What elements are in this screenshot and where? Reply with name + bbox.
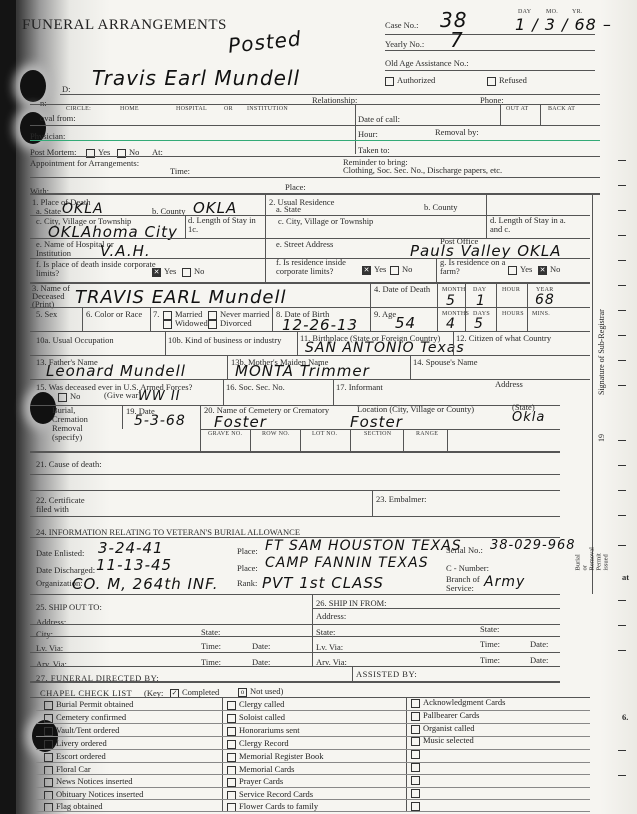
ship-in-address-label: Address: [316,611,346,621]
checklist-label: Flower Cards to family [239,801,318,811]
checkbox-icon [411,725,420,734]
hospital-option[interactable]: HOSPITAL [176,106,207,112]
date-enlisted-value[interactable]: 3-24-41 [98,539,164,557]
age-label: 9. Age [374,309,396,319]
checklist-item-blank[interactable] [411,774,423,785]
father-value[interactable]: Leonard Mundell [46,362,186,380]
business-label: 10b. Kind of business or industry [168,335,281,345]
disposal-label: Burial, Cremation Removal (specify) [52,406,102,442]
checkbox-icon [411,789,420,798]
checklist-item-blank[interactable] [411,800,423,811]
circle-box-icon: o [238,688,247,697]
appointment-label: Appointment for Arrangements: [30,158,139,168]
removal-by-label: Removal by: [435,127,479,137]
ship-in-state2-label: State: [480,624,499,634]
checked-box-icon: ✕ [362,266,371,275]
checklist-item[interactable]: Vault/Tent ordered [44,725,119,736]
dod-hour-label: HOUR [502,287,520,293]
margin-at-label: at [622,572,629,582]
checkbox-icon [411,737,420,746]
war-value[interactable]: WW II [138,389,181,404]
taken-to-label: Taken to: [358,145,390,155]
checkbox-icon [44,714,53,723]
embalmer-label: 23. Embalmer: [376,494,427,504]
date-of-death-label: 4. Date of Death [374,285,434,294]
ship-out-lv-time-label: Time: [201,641,221,651]
residence-corporate-yes-checkbox[interactable]: ✕Yes [362,264,386,275]
old-age-assistance-label: Old Age Assistance No.: [385,58,469,68]
checklist-label: Soloist called [239,712,285,722]
removal-from-label: oval from: [40,113,76,123]
give-war-label: (Give war) [104,390,141,400]
out-at-label: OUT AT [506,106,529,112]
checkbox-icon [487,77,496,86]
checkbox-icon [44,740,53,749]
enlisted-place-value[interactable]: FT SAM HOUSTON TEXAS [265,538,462,554]
reminder-items: Clothing, Soc. Sec. No., Discharge paper… [343,165,502,175]
checkbox-icon [411,699,420,708]
checklist-item[interactable]: Service Record Cards [227,789,313,800]
ship-out-city-label: City: [36,629,53,639]
death-corporate-limits-label: f. Is place of death inside corporate li… [36,260,156,278]
checklist-item[interactable]: Pallbearer Cards [411,710,479,721]
ssn-label: 16. Soc. Sec. No. [226,382,285,392]
serial-no-label: Serial No.: [446,545,483,555]
checklist-item[interactable]: Cemetery confirmed [44,712,126,723]
ship-in-arv-date-label: Date: [530,655,548,665]
home-option[interactable]: HOME [120,106,139,112]
ship-in-lv-date-label: Date: [530,639,548,649]
lot-no-label: LOT NO. [312,431,337,437]
checkbox-icon [411,712,420,721]
checkbox-icon [58,393,67,402]
checklist-item[interactable]: Prayer Cards [227,776,283,787]
yearly-no-value[interactable]: 7 [450,28,464,52]
checkbox-icon [208,320,217,329]
funeral-arrangements-form: FUNERAL ARRANGEMENTS Posted Case No.: 38… [0,0,637,814]
checkbox-icon [227,727,236,736]
authorized-checkbox[interactable]: Authorized [385,75,435,86]
certificate-filed-label: 22. Certificate filed with [36,496,96,514]
checklist-item[interactable]: Burial Permit obtained [44,699,133,710]
assisted-by-label: ASSISTED BY: [356,669,417,679]
death-corporate-no-checkbox[interactable]: No [182,266,204,277]
checklist-item[interactable]: Clergy called [227,699,284,710]
informant-label: 17. Informant [336,382,383,392]
divorced-checkbox[interactable]: Divorced [208,318,252,329]
case-date-value[interactable]: 1 / 3 / 68 – [515,15,612,34]
disposal-date-value[interactable]: 5-3-68 [134,413,186,429]
citizen-label: 12. Citizen of what Country [456,333,551,343]
institution-option[interactable]: INSTITUTION [247,106,288,112]
ship-in-lv-time-label: Time: [480,639,500,649]
residence-city-label: c. City, Village or Township [278,216,373,226]
farm-label: g. Is residence on a farm? [440,258,510,276]
checkbox-icon [227,701,236,710]
discharged-place-label: Place: [237,563,258,573]
checkbox-icon [227,778,236,787]
checklist-item[interactable]: Memorial Cards [227,764,294,775]
grave-no-label: GRAVE NO. [208,431,242,437]
checkbox-icon [44,753,53,762]
residence-length-of-stay-label: d. Length of Stay in a. and c. [490,216,570,234]
checkbox-icon [385,77,394,86]
checkbox-icon [44,727,53,736]
checklist-label: Clergy Record [239,738,289,748]
yes-label: Yes [164,266,176,276]
checklist-item-blank[interactable] [411,787,423,798]
branch-label: Branch of Service: [446,575,486,593]
death-corporate-yes-checkbox[interactable]: ✕Yes [152,266,176,277]
checked-box-icon: ✕ [152,268,161,277]
checklist-label: News Notices inserted [56,776,132,786]
checkbox-icon [508,266,517,275]
yes-label: Yes [374,264,386,274]
checklist-item[interactable]: Acknowledgment Cards [411,697,505,708]
checklist-label: Prayer Cards [239,776,283,786]
checklist-item[interactable]: Obituary Notices inserted [44,789,143,800]
checklist-label: Memorial Cards [239,764,294,774]
checklist-label: Livery ordered [56,738,107,748]
no-label: No [550,264,560,274]
margin-six-label: 6. [622,712,628,722]
not-used-label: Not used) [250,686,283,696]
date-discharged-value[interactable]: 11-13-45 [96,556,172,574]
farm-no-checkbox[interactable]: ✕No [538,264,560,275]
residence-corporate-no-checkbox[interactable]: No [390,264,412,275]
row-no-label: ROW NO. [262,431,290,437]
checked-box-icon: ✕ [538,266,547,275]
ship-out-address-label: Address: [36,617,66,627]
ship-out-lv-date-label: Date: [252,641,270,651]
ship-in-label: 26. SHIP IN FROM: [316,598,387,608]
checklist-item[interactable]: Livery ordered [44,738,107,749]
age-value[interactable]: 54 [395,314,416,332]
branch-value[interactable]: Army [484,574,525,590]
occupation-label: 10a. Usual Occupation [36,335,114,345]
authorized-label: Authorized [397,75,435,85]
race-label: 6. Color or Race [86,309,142,319]
checklist-label: Vault/Tent ordered [56,725,119,735]
enlisted-place-label: Place: [237,546,258,556]
farm-yes-checkbox[interactable]: Yes [508,264,532,275]
spouse-label: 14. Spouse's Name [413,357,478,367]
rank-label: Rank: [237,578,257,588]
case-no-label: Case No.: [385,20,419,30]
deceased-name-label: 3. Name of Deceased (Print) [32,284,72,308]
checkbox-icon [227,740,236,749]
posted-stamp: Posted [227,26,303,58]
ship-out-arv-via-label: Arv. Via: [36,659,67,669]
date-discharged-label: Date Discharged: [36,565,95,575]
mother-value[interactable]: MONTA Trimmer [235,362,370,380]
checklist-item[interactable]: Organist called [411,723,475,734]
refused-label: Refused [499,75,527,85]
ship-out-label: 25. SHIP OUT TO: [36,602,102,612]
divorced-label: Divorced [220,318,252,328]
checkbox-icon [411,763,420,772]
residence-corporate-limits-label: f. Is residence inside corporate limits? [276,258,376,276]
checkbox-icon [44,778,53,787]
checkbox-icon [44,701,53,710]
scan-binding-edge [0,0,16,814]
checklist-item[interactable]: Floral Car [44,764,91,775]
age-mins-label: MINS. [532,311,550,317]
checkbox-icon [390,266,399,275]
sub-registrar-signature-label: Signature of Sub-Registrar [597,309,606,395]
checkbox-icon [411,776,420,785]
deceased-label: D: [62,84,71,94]
range-label: RANGE [416,431,438,437]
residence-state-label: a. State [276,204,301,214]
key-not-used: oNot used) [238,686,283,697]
yearly-no-label: Yearly No.: [385,39,424,49]
veteran-section-label: 24. INFORMATION RELATING TO VETERAN'S BU… [36,527,300,537]
no-label: No [402,264,412,274]
residence-county-label: b. County [424,202,458,212]
checklist-label: Service Record Cards [239,789,313,799]
checklist-label: Burial Permit obtained [56,699,133,709]
date-enlisted-label: Date Enlisted: [36,548,84,558]
place-label: Place: [285,182,306,192]
checklist-item[interactable]: Clergy Record [227,738,289,749]
checkbox-icon [163,320,172,329]
circle-label: CIRCLE: [66,106,91,112]
cause-of-death-label: 21. Cause of death: [36,459,102,469]
no-label: No [70,391,80,401]
checkbox-icon [227,753,236,762]
year-prefix-label: 19 [597,434,606,442]
checklist-label: Acknowledgment Cards [423,697,505,707]
checkbox-icon [411,750,420,759]
checklist-label: Floral Car [56,764,91,774]
checklist-item[interactable]: Escort ordered [44,751,106,762]
checklist-label: Obituary Notices inserted [56,789,143,799]
checklist-label: Honorariums sent [239,725,300,735]
form-title: FUNERAL ARRANGEMENTS [22,17,227,34]
marital-label: 7. [153,309,159,319]
no-label: No [194,266,204,276]
dod-year-value[interactable]: 68 [535,292,555,308]
checklist-label: Clergy called [239,699,284,709]
checkbox-icon [227,714,236,723]
checklist-item[interactable]: Flag obtained [44,801,103,812]
checklist-item[interactable]: News Notices inserted [44,776,132,787]
burial-permit-label: Burial or Removal Permit issued [575,555,610,571]
refused-checkbox[interactable]: Refused [487,75,527,86]
person-label: n: [40,98,47,108]
checkbox-icon [182,268,191,277]
checklist-item[interactable]: Honorariums sent [227,725,300,736]
informant-address-label: Address [495,379,523,389]
checklist-item[interactable]: Memorial Register Book [227,751,324,762]
armed-no-checkbox[interactable]: No [58,391,80,402]
age-months-value[interactable]: 4 [446,316,456,332]
completed-label: Completed [182,687,219,697]
ship-in-arv-time-label: Time: [480,655,500,665]
rank-value[interactable]: PVT 1st CLASS [262,574,384,592]
checklist-item[interactable]: Soloist called [227,712,285,723]
hour-label: Hour: [358,129,378,139]
date-of-call-label: Date of call: [358,114,400,124]
widowed-checkbox[interactable]: Widowed [163,318,208,329]
checklist-item[interactable]: Flower Cards to family [227,801,318,812]
cemetery-state-value[interactable]: Okla [512,410,545,425]
section-label: SECTION [364,431,391,437]
sex-label: 5. Sex [36,309,57,319]
key-completed: ✓Completed [170,687,219,698]
checklist-label: Cemetery confirmed [56,712,126,722]
checklist-label: Memorial Register Book [239,751,324,761]
organization-value[interactable]: CO. M, 264th INF. [72,575,219,593]
serial-no-value[interactable]: 38-029-968 [490,538,576,553]
deceased-print-name-value[interactable]: TRAVIS EARL Mundell [75,287,286,308]
deceased-name-value[interactable]: Travis Earl Mundell [92,66,300,90]
discharged-place-value[interactable]: CAMP FANNIN TEXAS [265,555,429,571]
checklist-label: Flag obtained [56,801,103,811]
birthplace-value[interactable]: SAN ANTONIO Texas [305,340,465,356]
age-hours-label: HOURS [502,311,524,317]
widowed-label: Widowed [175,318,208,328]
age-days-value[interactable]: 5 [474,316,484,332]
c-number-label: C - Number: [446,563,489,573]
time-label: Time: [170,166,190,176]
or-label: OR [224,106,233,112]
checkbox-icon [411,802,420,811]
death-length-of-stay-label: d. Length of Stay in 1c. [188,216,260,234]
ship-in-lv-via-label: Lv. Via: [316,642,343,652]
checklist-label: Organist called [423,723,475,733]
back-at-label: BACK AT [548,106,575,112]
checklist-label: Pallbearer Cards [423,710,479,720]
yes-label: Yes [520,264,532,274]
street-address-label: e. Street Address [276,239,333,249]
checklist-label: Escort ordered [56,751,106,761]
